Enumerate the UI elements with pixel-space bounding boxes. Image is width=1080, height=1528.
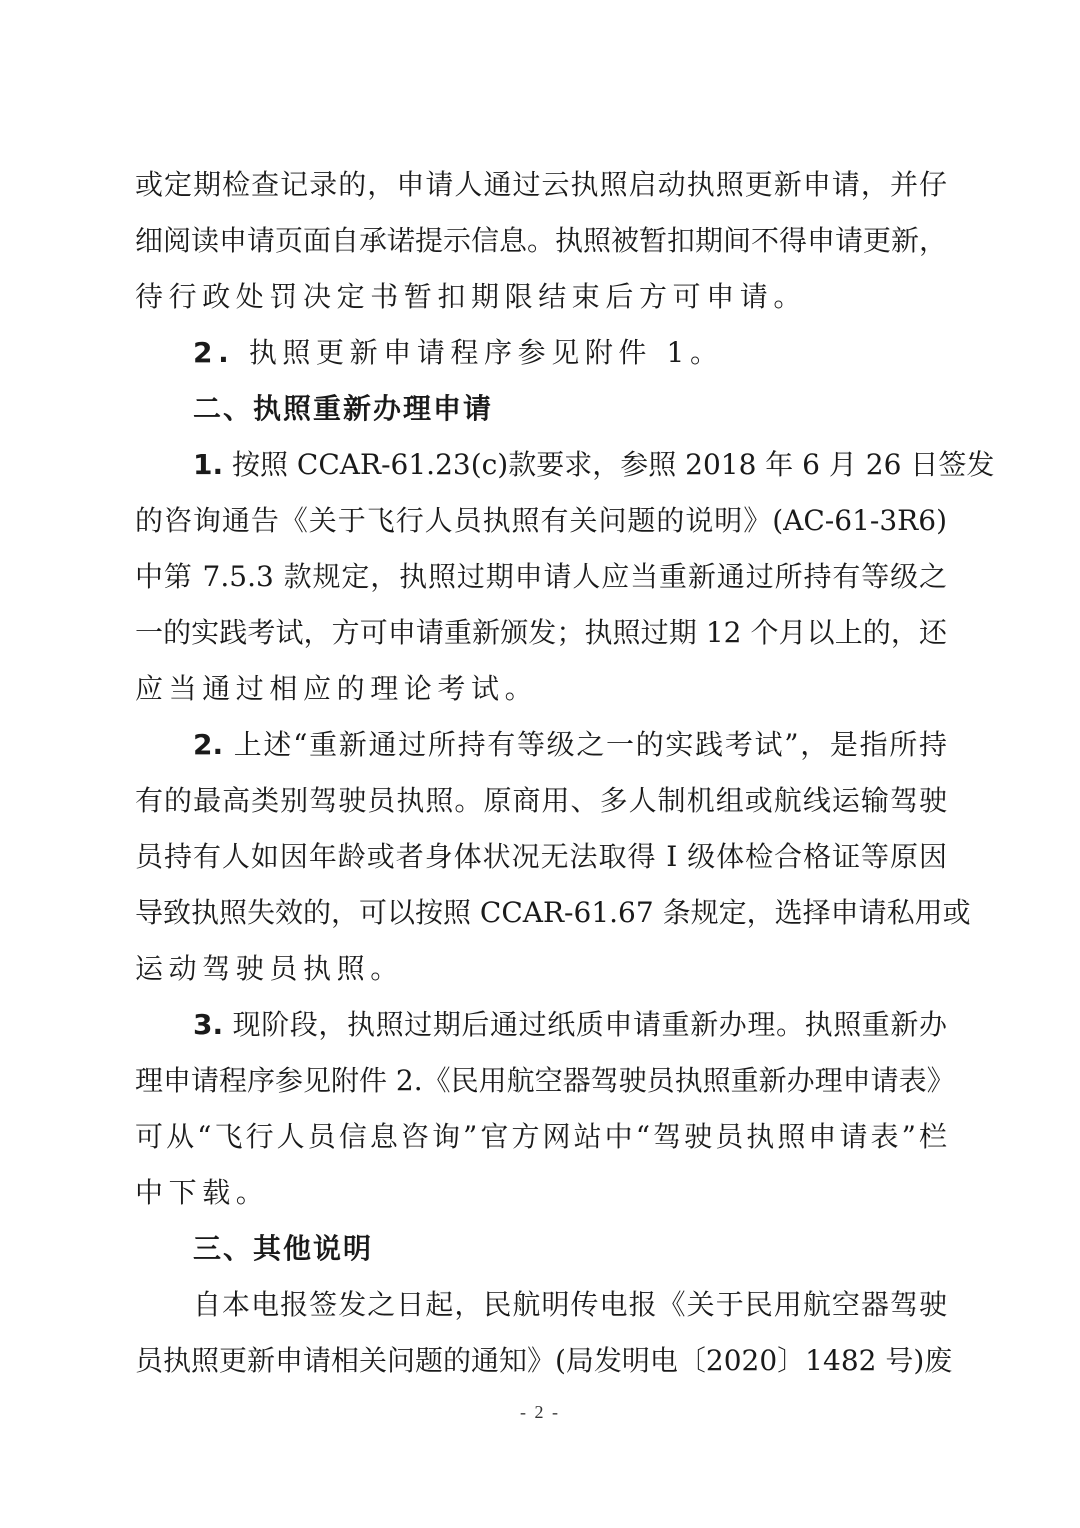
paragraph-line: 待行政处罚决定书暂扣期限结束后方可申请。 [135, 277, 947, 317]
page-number: - 2 - [0, 1402, 1080, 1423]
paragraph-line: 员持有人如因年龄或者身体状况无法取得 I 级体检合格证等原因 [135, 837, 947, 877]
paragraph-line: 自本电报签发之日起，民航明传电报《关于民用航空器驾驶 [193, 1285, 947, 1325]
paragraph-line: 可从“飞行人员信息咨询”官方网站中“驾驶员执照申请表”栏 [135, 1117, 947, 1157]
section-heading-reissue: 二、执照重新办理申请 [193, 389, 493, 429]
paragraph-line: 有的最高类别驾驶员执照。原商用、多人制机组或航线运输驾驶 [135, 781, 947, 821]
paragraph-line: 中第 7.5.3 款规定，执照过期申请人应当重新通过所持有等级之 [135, 557, 947, 597]
section-heading-other: 三、其他说明 [193, 1229, 373, 1269]
document-page: 或定期检查记录的，申请人通过云执照启动执照更新申请，并仔 细阅读申请页面自承诺提… [0, 0, 1080, 1528]
list-item-reissue-2: 2. 上述“重新通过所持有等级之一的实践考试”，是指所持 [193, 725, 947, 765]
list-item-reissue-1: 1. 按照 CCAR-61.23(c)款要求，参照 2018 年 6 月 26 … [193, 445, 947, 485]
list-text: 上述“重新通过所持有等级之一的实践考试”，是指所持 [223, 728, 947, 761]
paragraph-line: 一的实践考试，方可申请重新颁发；执照过期 12 个月以上的，还 [135, 613, 947, 653]
list-number: 2. [193, 336, 234, 369]
list-number: 3. [193, 1008, 223, 1041]
paragraph-line: 导致执照失效的，可以按照 CCAR-61.67 条规定，选择申请私用或 [135, 893, 947, 933]
list-text: 按照 CCAR-61.23(c)款要求，参照 2018 年 6 月 26 日签发 [223, 448, 994, 481]
paragraph-line: 的咨询通告《关于飞行人员执照有关问题的说明》(AC-61-3R6) [135, 501, 947, 541]
paragraph-line: 或定期检查记录的，申请人通过云执照启动执照更新申请，并仔 [135, 165, 947, 205]
paragraph-line: 运动驾驶员执照。 [135, 949, 947, 989]
list-item-reissue-3: 3. 现阶段，执照过期后通过纸质申请重新办理。执照重新办 [193, 1005, 947, 1045]
list-text: 现阶段，执照过期后通过纸质申请重新办理。执照重新办 [223, 1008, 947, 1041]
list-number: 2. [193, 728, 223, 761]
paragraph-line: 应当通过相应的理论考试。 [135, 669, 947, 709]
list-item-renewal-procedure: 2. 执照更新申请程序参见附件 1。 [193, 333, 947, 373]
paragraph-line: 细阅读申请页面自承诺提示信息。执照被暂扣期间不得申请更新， [135, 221, 947, 261]
paragraph-line: 中下载。 [135, 1173, 947, 1213]
list-number: 1. [193, 448, 223, 481]
paragraph-line: 理申请程序参见附件 2.《民用航空器驾驶员执照重新办理申请表》 [135, 1061, 947, 1101]
paragraph-line: 员执照更新申请相关问题的通知》(局发明电〔2020〕1482 号)废 [135, 1341, 947, 1381]
list-text: 执照更新申请程序参见附件 1。 [234, 336, 723, 369]
